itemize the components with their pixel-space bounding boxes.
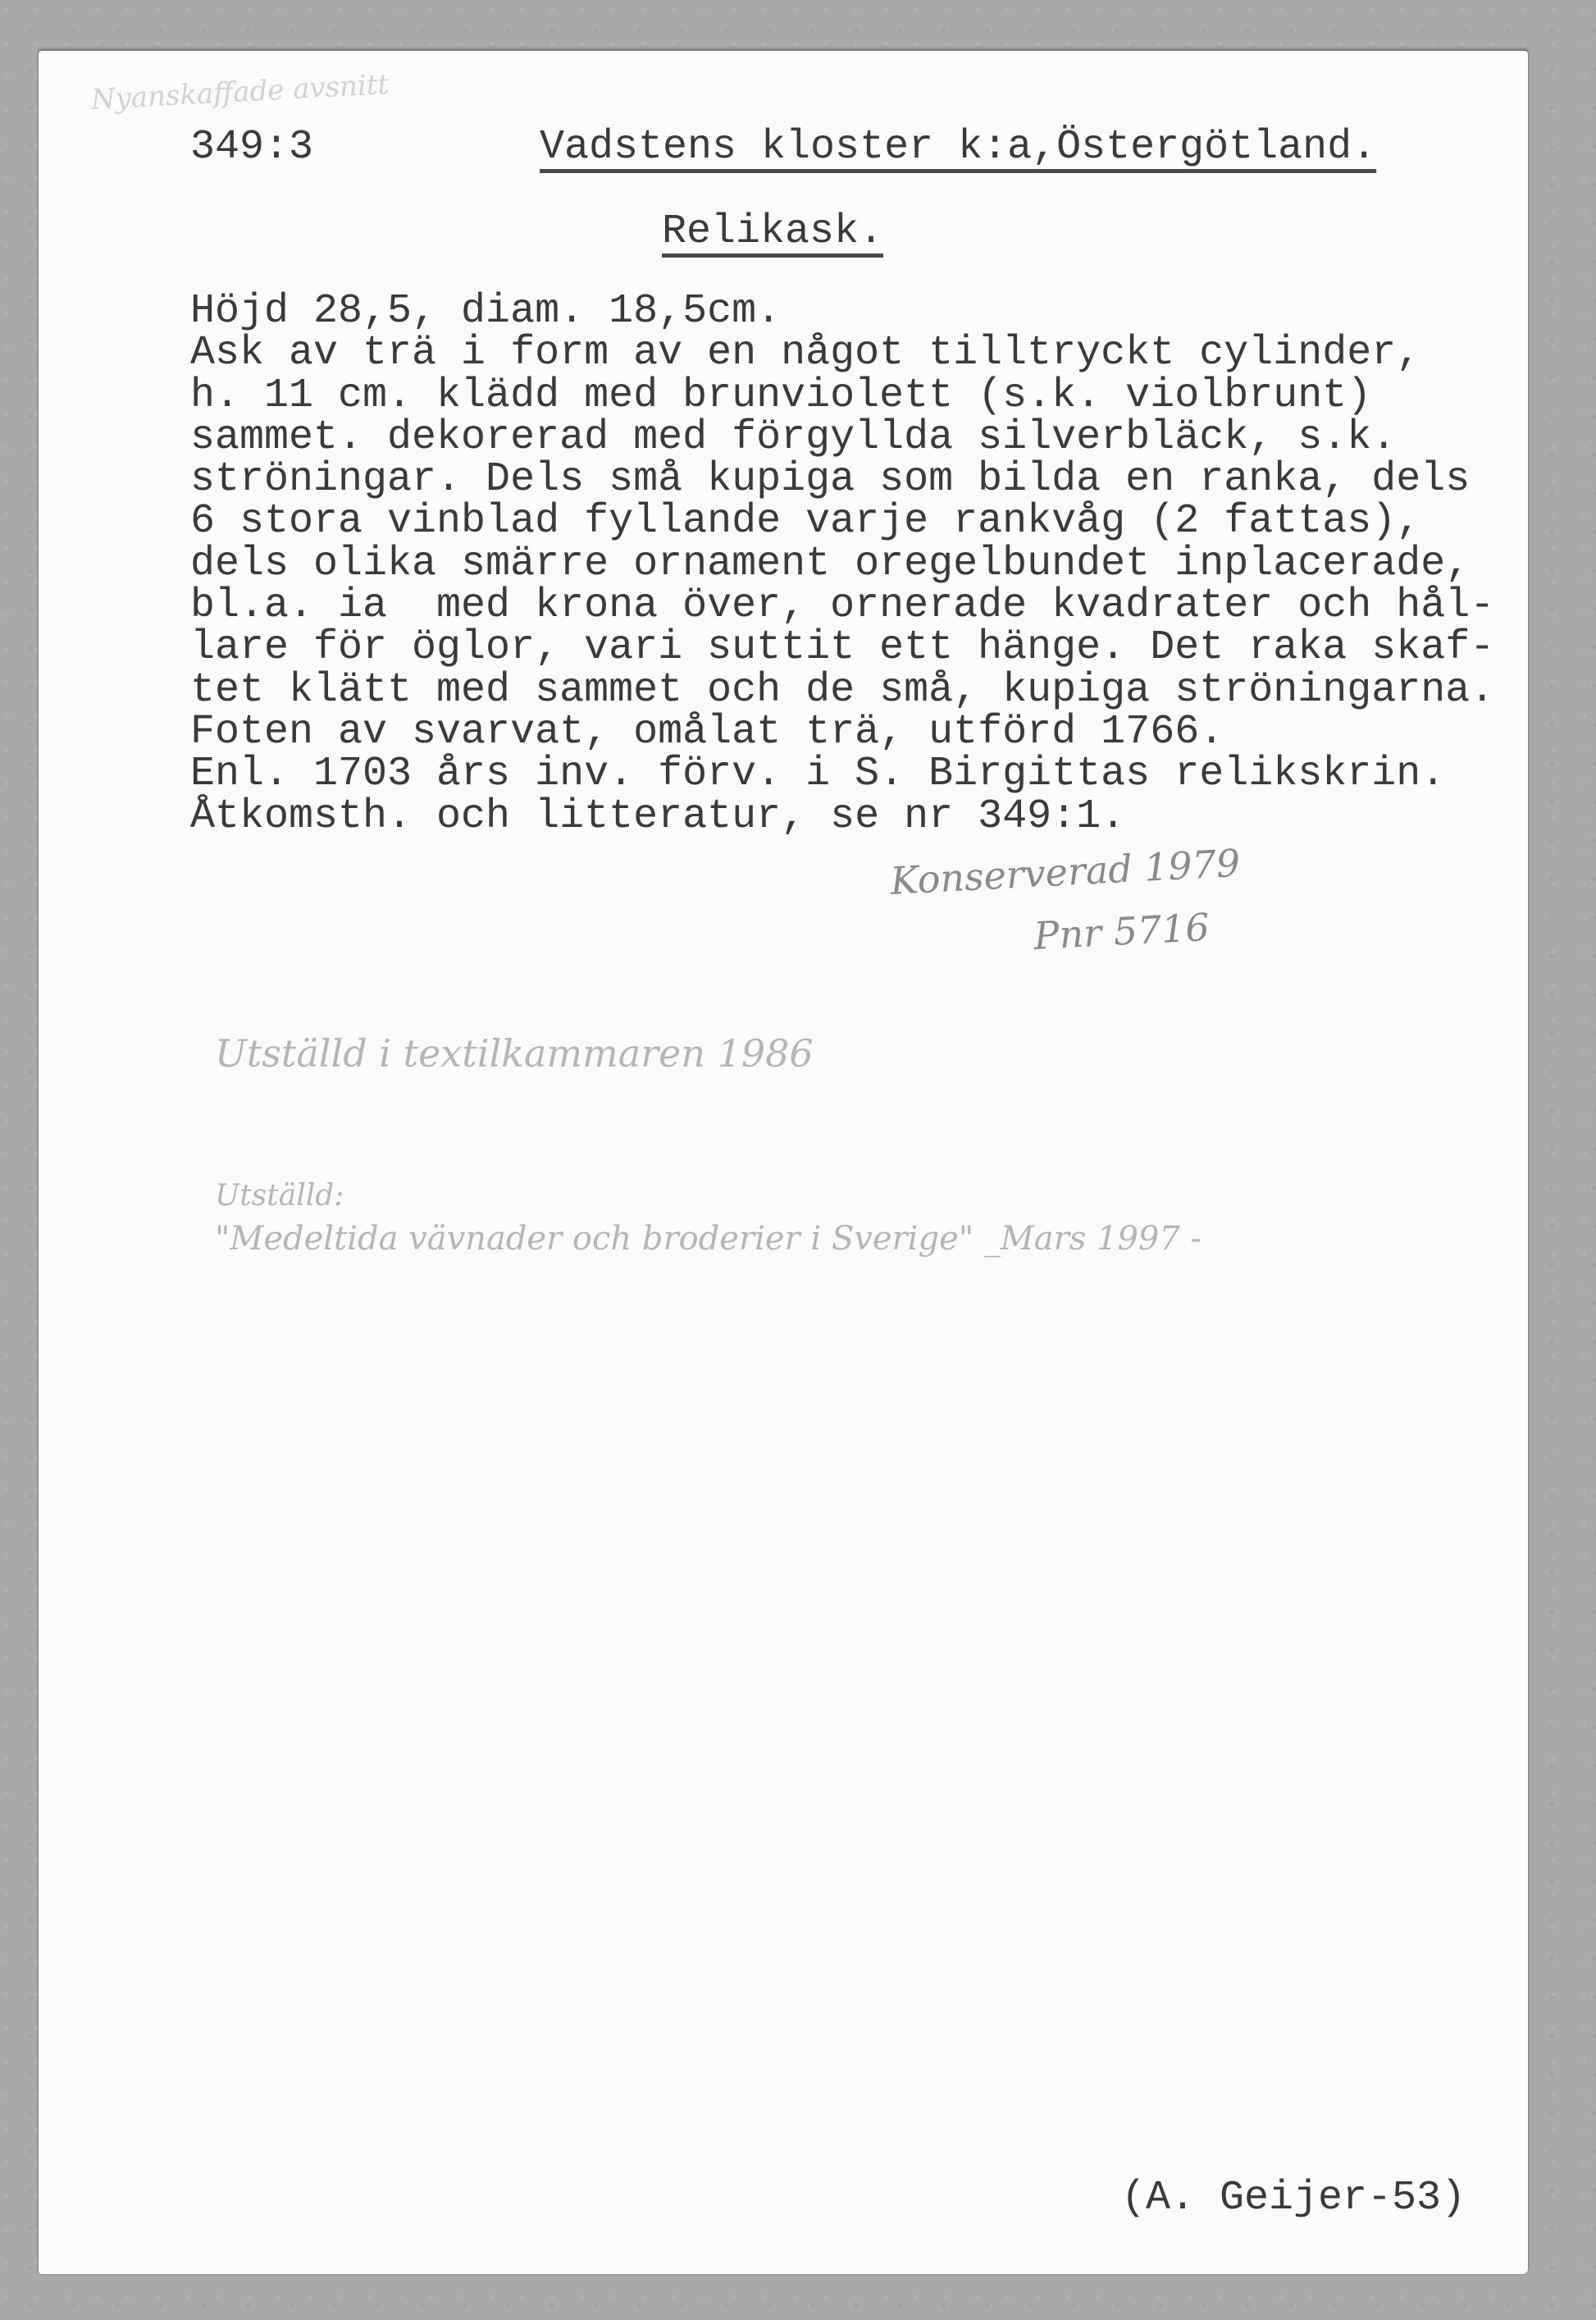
- location-heading: Vadstens kloster k:a,Östergötland.: [540, 127, 1376, 168]
- description-line: Ask av trä i form av en något tilltryckt…: [190, 332, 1494, 374]
- description-line: sammet. dekorerad med förgyllda silverbl…: [190, 417, 1494, 459]
- description-line: tet klätt med sammet och de små, kupiga …: [190, 669, 1494, 711]
- description-line: Foten av svarvat, omålat trä, utförd 176…: [190, 711, 1494, 753]
- handwritten-exhibition-1997: "Medeltida vävnader och broderier i Sver…: [215, 1220, 1202, 1258]
- description-line: ströningar. Dels små kupiga som bilda en…: [190, 459, 1494, 500]
- description-line: h. 11 cm. klädd med brunviolett (s.k. vi…: [190, 375, 1494, 417]
- handwritten-conservation-note: Konserverad 1979: [889, 841, 1241, 903]
- handwritten-exhibition-1986: Utställd i textilkammaren 1986: [215, 1031, 814, 1076]
- description-text: Höjd 28,5, diam. 18,5cm. Ask av trä i fo…: [190, 290, 1494, 838]
- handwritten-exhibition-label: Utställd:: [215, 1179, 344, 1213]
- description-line: lare för öglor, vari suttit ett hänge. D…: [190, 627, 1494, 669]
- author-signature: (A. Geijer-53): [1121, 2178, 1466, 2219]
- description-line: bl.a. ia med krona över, ornerade kvadra…: [190, 585, 1494, 627]
- object-type-title: Relikask.: [662, 212, 883, 253]
- handwritten-pnr-note: Pnr 5716: [1033, 905, 1211, 958]
- catalog-number: 349:3: [190, 127, 313, 168]
- handwritten-note-top-left: Nyanskaffade avsnitt: [90, 68, 390, 116]
- description-line: Höjd 28,5, diam. 18,5cm.: [190, 290, 1494, 332]
- catalog-card: Nyanskaffade avsnitt 349:3 Vadstens klos…: [39, 51, 1528, 2274]
- description-line: Åtkomsth. och litteratur, se nr 349:1.: [190, 796, 1494, 838]
- description-line: 6 stora vinblad fyllande varje rankvåg (…: [190, 500, 1494, 542]
- description-line: Enl. 1703 års inv. förv. i S. Birgittas …: [190, 753, 1494, 795]
- description-line: dels olika smärre ornament oregelbundet …: [190, 543, 1494, 585]
